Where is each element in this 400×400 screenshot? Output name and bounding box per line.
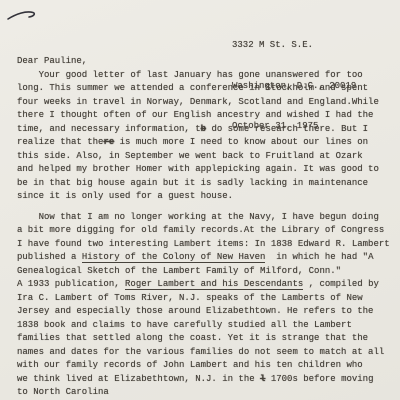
letter-line: Genealogical Sketch of the Lambert Famil… (17, 265, 392, 279)
overtyped-chars: l (260, 374, 265, 384)
letter-line: families that settled along the coast. Y… (17, 332, 392, 346)
letter-page: 3332 M St. S.E. Washington, D.C., 20019 … (0, 0, 400, 400)
letter-line: Now that I am no longer working at the N… (17, 211, 392, 225)
letter-line: since it is only used for a guest house. (17, 190, 392, 204)
letter-line: this side. Also, in September we went ba… (17, 150, 392, 164)
letter-line: Jersey and especially those around Eliza… (17, 305, 392, 319)
salutation: Dear Pauline, (17, 55, 392, 69)
sender-address-line1: 3332 M St. S.E. (232, 39, 356, 53)
letter-line: with our family records of John Lambert … (17, 359, 392, 373)
letter-line: Ira C. Lambert of Toms River, N.J. speak… (17, 292, 392, 306)
letter-line: names and dates for the various families… (17, 346, 392, 360)
letter-line: A 1933 publication, Roger Lambert and hi… (17, 278, 392, 292)
letter-line: I have found two interesting Lambert ite… (17, 238, 392, 252)
letter-line: time, and necessary information, tb do s… (17, 123, 392, 137)
underlined-title: History of the Colony of New Haven (82, 252, 266, 263)
letter-line: we think lived at Elizabethtown, N.J. in… (17, 373, 392, 387)
letter-line: Your good letter of last January has gon… (17, 69, 392, 83)
overtyped-chars: re (103, 137, 114, 147)
letter-line: and helped my brother Homer with applepi… (17, 163, 392, 177)
letter-line: be in that big house again but it is sad… (17, 177, 392, 191)
paragraph-gap (17, 204, 392, 211)
underlined-title: Roger Lambert and his Descendants (125, 279, 303, 290)
letter-line: to North Carolina (17, 386, 392, 400)
letter-line: four weeks in travel in Norway, Denmark,… (17, 96, 392, 110)
letter-body: Dear Pauline, Your good letter of last J… (17, 55, 392, 400)
letter-line: a bit more digging for old family record… (17, 224, 392, 238)
letter-line: 1838 book and claims to have carefully s… (17, 319, 392, 333)
letter-line: there I thought often of our English anc… (17, 109, 392, 123)
overtyped-chars: b (201, 124, 206, 134)
letter-line: realize that there is much more I need t… (17, 136, 392, 150)
letter-line: published a History of the Colony of New… (17, 251, 392, 265)
letter-text: Your good letter of last January has gon… (17, 69, 392, 400)
ink-squiggle (4, 4, 48, 28)
letter-line: long. This summer we attended a conferen… (17, 82, 392, 96)
